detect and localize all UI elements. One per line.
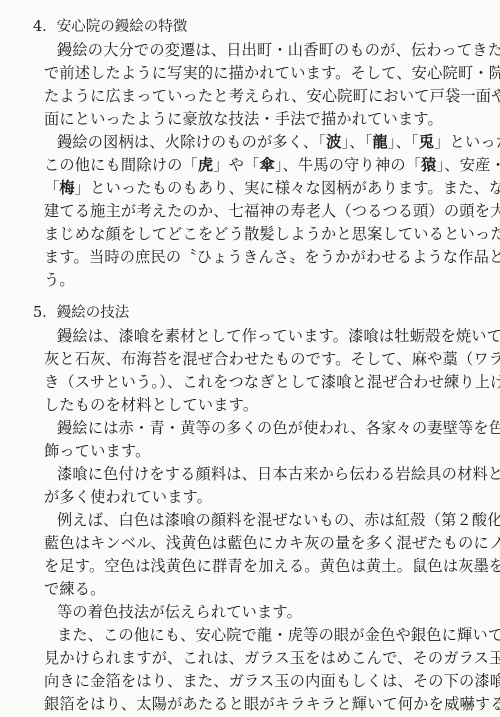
- document-page: 4．安心院の鏝絵の特徴 鏝絵の大分での変遷は、日出町・山香町のものが、伝わってき…: [0, 0, 500, 717]
- text-line: この他にも間除けの「虎」や「傘」、牛馬の守り神の「猿」、安産・子孫繁栄の: [44, 155, 500, 175]
- bold-term: 猿: [421, 156, 436, 174]
- bold-term: 傘: [259, 156, 274, 174]
- text-line: で練る。: [44, 579, 106, 599]
- text-line: き（スサという。）、これをつなぎとして漆喰と混ぜ合わせ練り上げて粘土状に: [44, 372, 500, 392]
- text-line: したものを材料としています。: [44, 395, 258, 415]
- text-line: 鏝絵は、漆喰を素材として作っています。漆喰は牡蛎殻を焼いて作ったカキ: [57, 326, 500, 346]
- text-line: たように広まっていったと考えられ、安心院町において戸袋一面や蔵の横壁一: [44, 86, 500, 106]
- text-line: 漆喰に色付けをする顔料は、日本古来から伝わる岩絵具の材料となったもの: [57, 464, 500, 484]
- bold-term: 波: [326, 133, 341, 151]
- bold-term: 龍: [372, 133, 387, 151]
- text-line: が多く使われています。: [44, 487, 212, 507]
- text-line: 鏝絵の図柄は、火除けのものが多く、「波」、「龍」、「兎」といったものです。: [57, 132, 500, 152]
- text-line: 鏝絵には赤・青・黄等の多くの色が使われ、各家々の妻壁等を色とりどりに: [57, 418, 500, 438]
- text-line: 等の着色技法が伝えられています。: [57, 602, 302, 622]
- bold-term: 虎: [198, 156, 213, 174]
- bold-term: 梅: [59, 179, 74, 197]
- text-line: また、この他にも、安心院で龍・虎等の眼が金色や銀色に輝いているものが: [57, 625, 500, 645]
- text-line: 「梅」といったものもあり、実に様々な図柄があります。また、なかには家を: [44, 178, 500, 198]
- text-line: 例えば、白色は漆喰の顔料を混ぜないもの、赤は紅殻（第２酸化鉄）、朱は丹、: [57, 510, 500, 530]
- bold-term: 兎: [419, 133, 434, 151]
- text-line: まじめな顔をしてどこをどう散髪しようかと思案しているといった図柄もあり: [44, 224, 500, 244]
- text-line: 見かけられますが、これは、ガラス玉をはめこんで、そのガラス玉の内面に表: [44, 648, 500, 668]
- text-line: 面にといったように豪放な技法・手法で描かれています。: [44, 109, 443, 129]
- text-line: 藍色はキンベル、浅黄色は藍色にカキ灰の量を多く混ぜたものにノロ（鉱滓）: [44, 533, 500, 553]
- text-line: を足す。空色は浅黄色に群青を加える。黄色は黄土。鼠色は灰墨を普通のノロ: [44, 556, 500, 576]
- text-line: 鏝絵の大分での変遷は、日出町・山香町のものが、伝わってきた初期のもの: [57, 40, 500, 60]
- text-line: ます。当時の庶民の〝ひょうきんさ〟をうかがわせるような作品といえるでしょ: [44, 247, 500, 267]
- text-line: で前述したように写実的に描かれています。そして、安心院町・院内町といっ: [44, 63, 500, 83]
- text-line: 飾っています。: [44, 441, 151, 461]
- section-heading-4: 4．安心院の鏝絵の特徴: [33, 17, 187, 37]
- text-line: う。: [44, 270, 75, 290]
- text-line: 建てる施主が考えたのか、七福神の寿老人（つるつる頭）の頭を大黒様が、: [44, 201, 500, 221]
- text-line: 銀箔をはり、太陽があたると眼がキラキラと輝いて何かを威嚇するかのように: [44, 694, 500, 714]
- text-line: 向きに金箔をはり、また、ガラス玉の内面もしくは、その下の漆喰部分に金箔・: [44, 671, 500, 691]
- text-line: 灰と石灰、布海苔を混ぜ合わせたものです。そして、麻や藁（ワラ）を臼でひ: [44, 349, 500, 369]
- section-heading-5: 5．鏝絵の技法: [33, 303, 129, 323]
